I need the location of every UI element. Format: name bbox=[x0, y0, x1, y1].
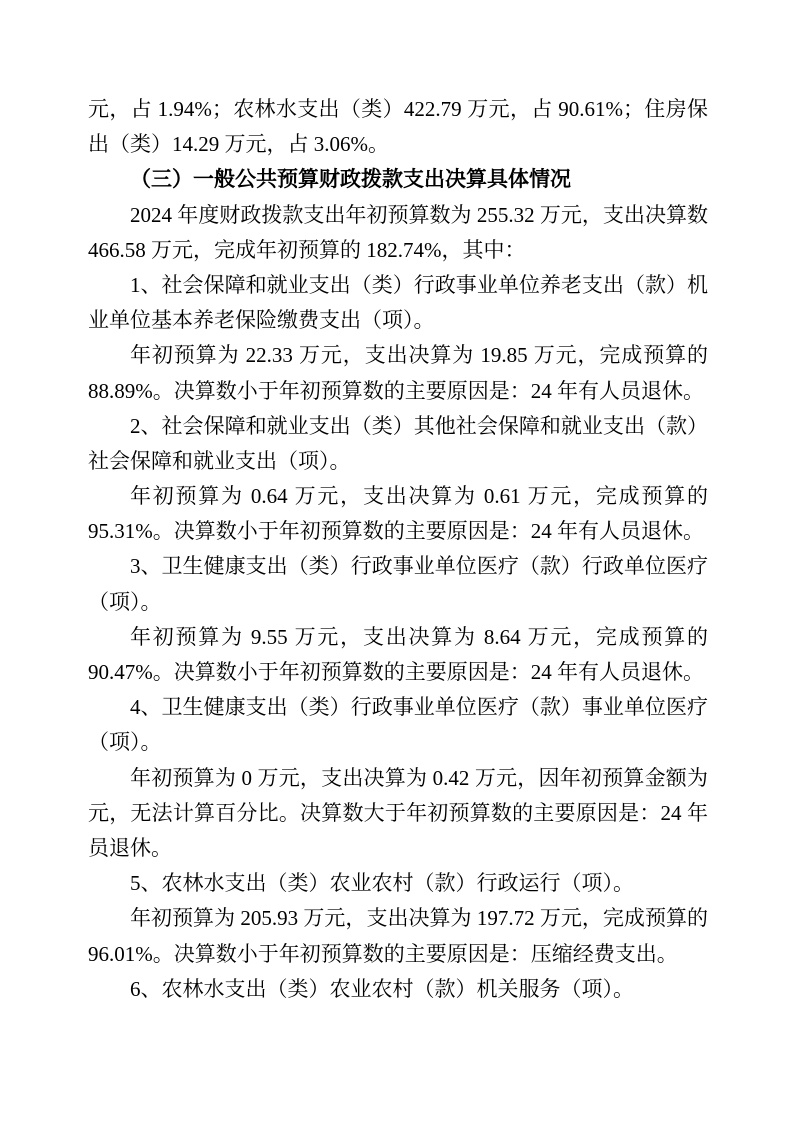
text-line: 96.01%。决算数小于年初预算数的主要原因是：压缩经费支出。 bbox=[88, 937, 708, 972]
section-heading: （三）一般公共预算财政拨款支出决算具体情况 bbox=[88, 162, 708, 197]
document-text-block: 元，占 1.94%；农林水支出（类）422.79 万元，占 90.61%；住房保… bbox=[88, 92, 708, 1007]
text-line: 3、卫生健康支出（类）行政事业单位医疗（款）行政单位医疗 bbox=[88, 549, 708, 584]
text-line: 6、农林水支出（类）农业农村（款）机关服务（项）。 bbox=[88, 972, 708, 1007]
text-line: 466.58 万元，完成年初预算的 182.74%，其中： bbox=[88, 233, 708, 268]
text-line: 88.89%。决算数小于年初预算数的主要原因是：24 年有人员退休。 bbox=[88, 374, 708, 409]
text-line: 业单位基本养老保险缴费支出（项）。 bbox=[88, 303, 708, 338]
text-line: 2、社会保障和就业支出（类）其他社会保障和就业支出（款）其他 bbox=[88, 409, 708, 444]
text-line: 5、农林水支出（类）农业农村（款）行政运行（项）。 bbox=[88, 866, 708, 901]
document-page: 元，占 1.94%；农林水支出（类）422.79 万元，占 90.61%；住房保… bbox=[0, 0, 793, 1122]
text-line: 年初预算为 22.33 万元，支出决算为 19.85 万元，完成预算的 bbox=[88, 338, 708, 373]
text-line: 90.47%。决算数小于年初预算数的主要原因是：24 年有人员退休。 bbox=[88, 655, 708, 690]
text-line: 年初预算为 205.93 万元，支出决算为 197.72 万元，完成预算的 bbox=[88, 901, 708, 936]
text-line: 元，占 1.94%；农林水支出（类）422.79 万元，占 90.61%；住房保… bbox=[88, 92, 708, 127]
text-line: 年初预算为 9.55 万元，支出决算为 8.64 万元，完成预算的 bbox=[88, 620, 708, 655]
text-line: 年初预算为 0.64 万元，支出决算为 0.61 万元，完成预算的 bbox=[88, 479, 708, 514]
text-line: 4、卫生健康支出（类）行政事业单位医疗（款）事业单位医疗 bbox=[88, 690, 708, 725]
text-line: 1、社会保障和就业支出（类）行政事业单位养老支出（款）机关事 bbox=[88, 268, 708, 303]
text-line: 员退休。 bbox=[88, 831, 708, 866]
text-line: （项）。 bbox=[88, 725, 708, 760]
text-line: 社会保障和就业支出（项）。 bbox=[88, 444, 708, 479]
text-line: 95.31%。决算数小于年初预算数的主要原因是：24 年有人员退休。 bbox=[88, 514, 708, 549]
text-line: 元，无法计算百分比。决算数大于年初预算数的主要原因是：24 年有人 bbox=[88, 796, 708, 831]
text-line: （项）。 bbox=[88, 585, 708, 620]
text-line: 2024 年度财政拨款支出年初预算数为 255.32 万元，支出决算数为 bbox=[88, 198, 708, 233]
text-line: 出（类）14.29 万元，占 3.06%。 bbox=[88, 127, 708, 162]
text-line: 年初预算为 0 万元，支出决算为 0.42 万元，因年初预算金额为 0 万 bbox=[88, 761, 708, 796]
